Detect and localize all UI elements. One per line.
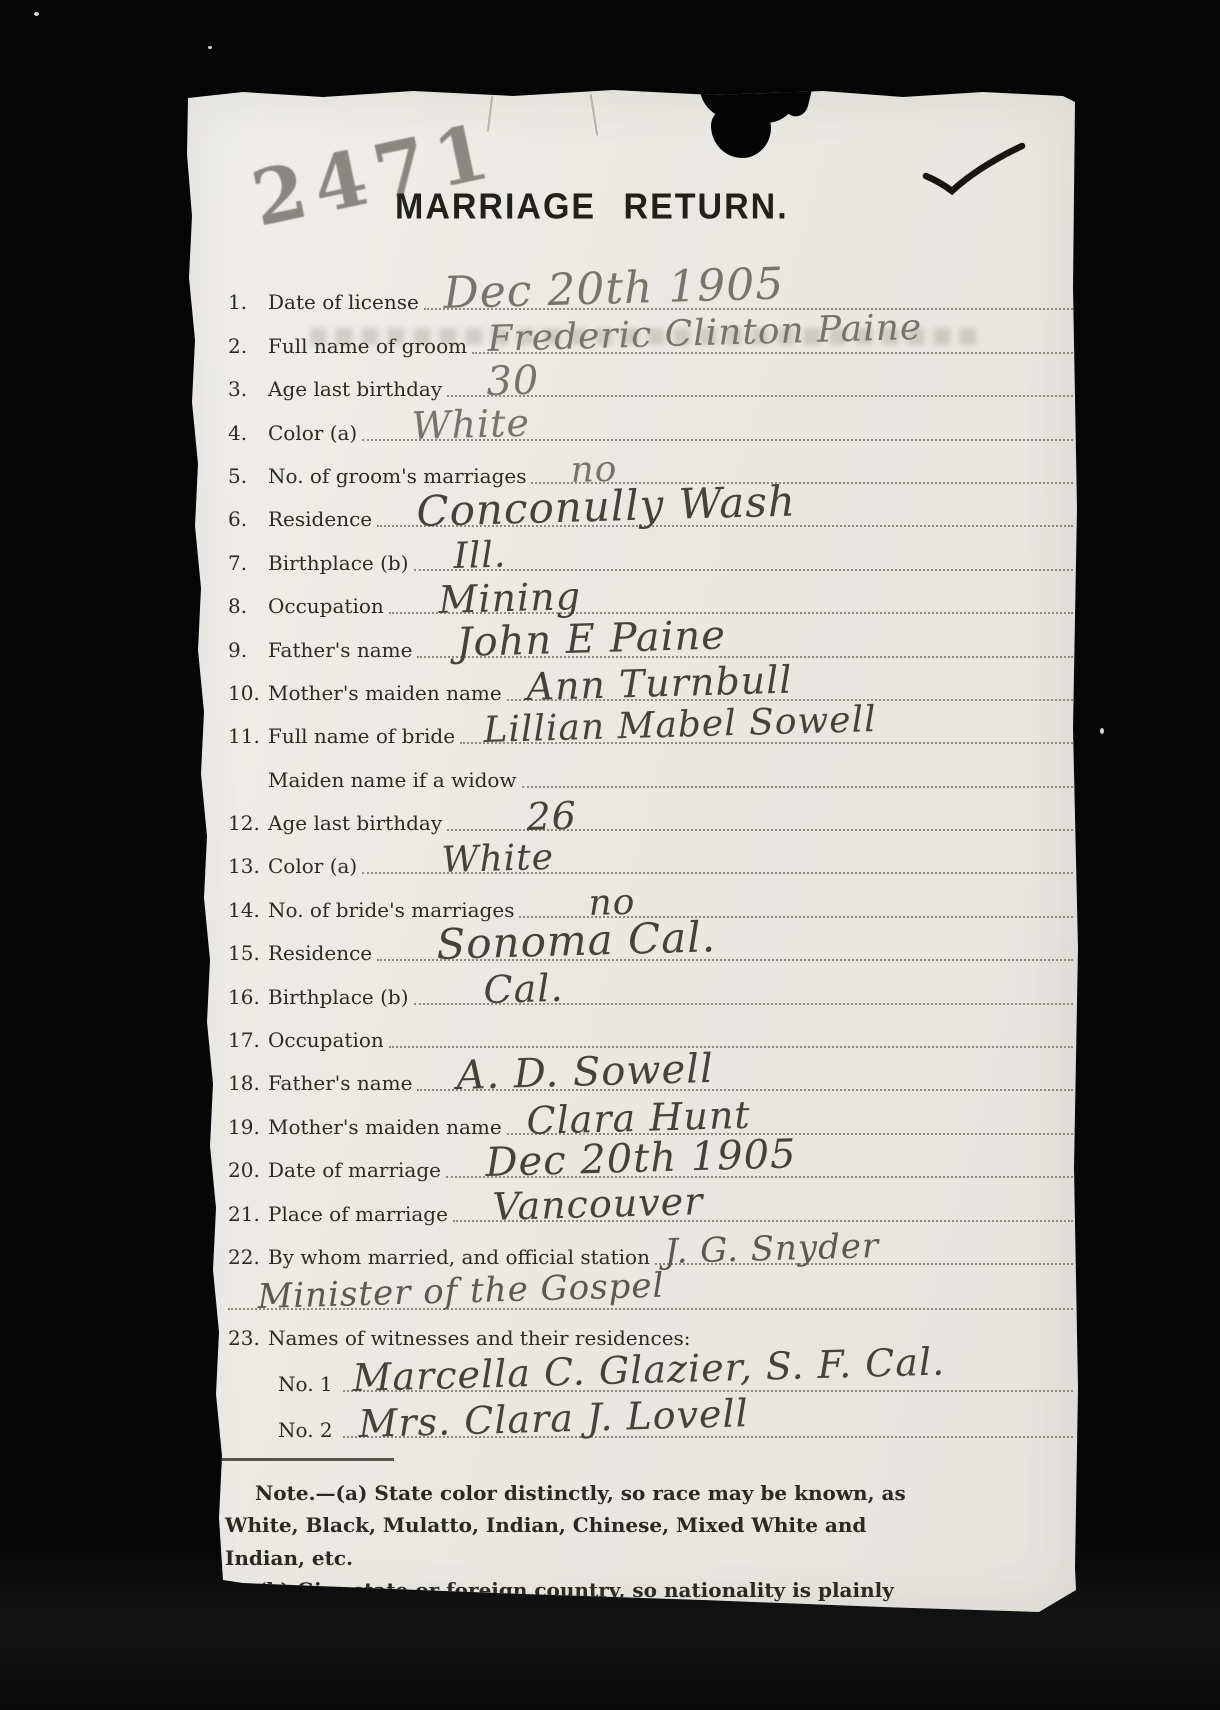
fill-line: 26 bbox=[447, 829, 1073, 831]
fill-line: White bbox=[362, 872, 1073, 874]
fill-line: John E Paine bbox=[417, 656, 1073, 658]
field-number: 21. bbox=[228, 1202, 268, 1228]
handwritten-value: Sonoma Cal. bbox=[436, 919, 717, 965]
handwritten-value: Vancouver bbox=[492, 1185, 704, 1225]
witness-number: No. 2 bbox=[278, 1418, 343, 1444]
form-field-row: 11. Full name of bride Lillian Mabel Sow… bbox=[228, 707, 1073, 750]
form-field-row: 21. Place of marriage Vancouver bbox=[228, 1184, 1073, 1227]
field-label: Maiden name if a widow bbox=[268, 768, 522, 794]
field-number: 9. bbox=[228, 638, 268, 664]
handwritten-value: Conconully Wash bbox=[416, 482, 796, 530]
scanned-document-background: 2471 MARRIAGE RETURN. 1. Date of license… bbox=[0, 0, 1220, 1710]
dust-speck bbox=[34, 12, 39, 16]
field-label: Date of marriage bbox=[268, 1158, 446, 1184]
field-label: Father's name bbox=[268, 1071, 417, 1097]
field-number: 2. bbox=[228, 334, 268, 360]
field-label: Occupation bbox=[268, 1028, 389, 1054]
field-number: 10. bbox=[228, 681, 268, 707]
form-field-row: 1. Date of license Dec 20th 1905 bbox=[228, 273, 1073, 316]
fill-line: Frederic Clinton Paine bbox=[472, 352, 1073, 354]
form-field-row: 19. Mother's maiden name Clara Hunt bbox=[228, 1097, 1073, 1140]
field-number: 18. bbox=[228, 1071, 268, 1097]
handwritten-value: Minister of the Gospel bbox=[257, 1271, 665, 1313]
field-number: 23. bbox=[228, 1326, 268, 1352]
handwritten-value: Lillian Mabel Sowell bbox=[483, 704, 877, 747]
form-field-row: 10. Mother's maiden name Ann Turnbull bbox=[228, 664, 1073, 707]
fill-line: Cal. bbox=[414, 1003, 1074, 1005]
footnote-line-a: Note.—(a) State color distinctly, so rac… bbox=[225, 1477, 937, 1574]
field-number: 19. bbox=[228, 1115, 268, 1141]
field-label: Date of license bbox=[268, 290, 424, 316]
field-label: Birthplace (b) bbox=[268, 551, 414, 577]
field-number: 22. bbox=[228, 1245, 268, 1271]
form-field-row: 7. Birthplace (b) Ill. bbox=[228, 533, 1073, 576]
handwritten-value: 30 bbox=[486, 363, 540, 400]
witness-row: No. 1 Marcella C. Glazier, S. F. Cal. bbox=[228, 1352, 1073, 1398]
form-field-row: 20. Date of marriage Dec 20th 1905 bbox=[228, 1141, 1073, 1184]
field-label: Color (a) bbox=[268, 854, 362, 880]
handwritten-value: Cal. bbox=[483, 971, 564, 1007]
form-fields: 1. Date of license Dec 20th 1905 2. Full… bbox=[228, 273, 1073, 1639]
footnote: Note.—(a) State color distinctly, so rac… bbox=[225, 1477, 937, 1639]
form-field-row: 22. By whom married, and official statio… bbox=[228, 1228, 1073, 1271]
divider-rule bbox=[222, 1458, 394, 1461]
torn-hole bbox=[711, 104, 771, 158]
handwritten-value: Mrs. Clara J. Lovell bbox=[358, 1396, 749, 1441]
handwritten-value: Dec 20th 1905 bbox=[485, 1137, 797, 1182]
field-label: Residence bbox=[268, 941, 377, 967]
fill-line bbox=[522, 786, 1073, 788]
form-field-row: 4. Color (a) White bbox=[228, 403, 1073, 446]
field-label: Age last birthday bbox=[268, 377, 447, 403]
handwritten-value: Ill. bbox=[453, 540, 507, 574]
form-field-row: 6. Residence Conconully Wash bbox=[228, 490, 1073, 533]
handwritten-value: White bbox=[441, 842, 554, 878]
fill-line: Ill. bbox=[414, 569, 1074, 571]
page-title: MARRIAGE RETURN. bbox=[395, 187, 789, 228]
field-label: Age last birthday bbox=[268, 811, 447, 837]
field-number: 8. bbox=[228, 594, 268, 620]
fill-line: J. G. Snyder bbox=[655, 1263, 1073, 1265]
fill-line: Dec 20th 1905 bbox=[446, 1176, 1073, 1178]
fill-line: Vancouver bbox=[453, 1220, 1073, 1222]
fill-line: 30 bbox=[447, 395, 1073, 397]
field-label: Residence bbox=[268, 507, 377, 533]
field-number: 7. bbox=[228, 551, 268, 577]
witness-number: No. 1 bbox=[278, 1372, 343, 1398]
form-field-continuation-row: Minister of the Gospel bbox=[228, 1271, 1073, 1316]
form-field-row: 15. Residence Sonoma Cal. bbox=[228, 924, 1073, 967]
paper-crease bbox=[590, 94, 599, 136]
dust-speck bbox=[1100, 728, 1104, 734]
field-number: 17. bbox=[228, 1028, 268, 1054]
handwritten-value: John E Paine bbox=[456, 617, 726, 661]
field-label: Occupation bbox=[268, 594, 389, 620]
form-field-row: 9. Father's name John E Paine bbox=[228, 620, 1073, 663]
field-label: Birthplace (b) bbox=[268, 985, 414, 1011]
perforation-dashes bbox=[214, 1403, 217, 1688]
field-number: 1. bbox=[228, 290, 268, 316]
handwritten-value: Ann Turnbull bbox=[526, 662, 793, 704]
field-number: 14. bbox=[228, 898, 268, 924]
form-field-row: Maiden name if a widow bbox=[228, 750, 1073, 793]
form-field-row: 12. Age last birthday 26 bbox=[228, 794, 1073, 837]
document-paper: 2471 MARRIAGE RETURN. 1. Date of license… bbox=[183, 88, 1080, 1616]
field-number: 20. bbox=[228, 1158, 268, 1184]
fill-line: Mining bbox=[389, 612, 1073, 614]
form-field-row: 18. Father's name A. D. Sowell bbox=[228, 1054, 1073, 1097]
field-number: 15. bbox=[228, 941, 268, 967]
handwritten-value: Clara Hunt bbox=[526, 1097, 751, 1137]
fill-line bbox=[389, 1046, 1073, 1048]
form-field-row: 13. Color (a) White bbox=[228, 837, 1073, 880]
field-label: Place of marriage bbox=[268, 1202, 453, 1228]
handwritten-value: White bbox=[411, 406, 530, 443]
field-number bbox=[228, 792, 268, 794]
fill-line: Mrs. Clara J. Lovell bbox=[343, 1436, 1073, 1438]
field-number: 5. bbox=[228, 464, 268, 490]
form-field-row: 3. Age last birthday 30 bbox=[228, 360, 1073, 403]
field-label: Full name of bride bbox=[268, 724, 460, 750]
field-label: Full name of groom bbox=[268, 334, 472, 360]
fill-line: A. D. Sowell bbox=[417, 1089, 1073, 1091]
field-label: Mother's maiden name bbox=[268, 681, 507, 707]
dust-speck bbox=[208, 46, 212, 49]
handwritten-value: Mining bbox=[438, 579, 581, 617]
checkmark-icon bbox=[920, 138, 1030, 202]
field-number: 4. bbox=[228, 421, 268, 447]
fill-line: Conconully Wash bbox=[377, 525, 1073, 527]
field-label: Color (a) bbox=[268, 421, 362, 447]
field-number: 11. bbox=[228, 724, 268, 750]
field-number: 12. bbox=[228, 811, 268, 837]
fill-line: White bbox=[362, 439, 1073, 441]
handwritten-value: Dec 20th 1905 bbox=[443, 264, 785, 313]
fill-line: Lillian Mabel Sowell bbox=[460, 742, 1073, 744]
handwritten-value: 26 bbox=[526, 798, 577, 834]
field-number: 6. bbox=[228, 507, 268, 533]
form-field-row: 16. Birthplace (b) Cal. bbox=[228, 967, 1073, 1010]
field-label: Mother's maiden name bbox=[268, 1115, 507, 1141]
fill-line: Minister of the Gospel bbox=[228, 1308, 1073, 1310]
fill-line: Sonoma Cal. bbox=[377, 959, 1073, 961]
field-number: 16. bbox=[228, 985, 268, 1011]
witnesses-heading: 23. Names of witnesses and their residen… bbox=[228, 1316, 1073, 1352]
handwritten-value: J. G. Snyder bbox=[664, 1231, 879, 1268]
footnote-line-b: (b) Give state or foreign country, so na… bbox=[225, 1574, 937, 1639]
form-field-row: 2. Full name of groom Frederic Clinton P… bbox=[228, 316, 1073, 359]
field-number: 13. bbox=[228, 854, 268, 880]
witness-row: No. 2 Mrs. Clara J. Lovell bbox=[228, 1398, 1073, 1444]
field-label: Father's name bbox=[268, 638, 417, 664]
fill-line: Dec 20th 1905 bbox=[424, 308, 1073, 310]
handwritten-value: A. D. Sowell bbox=[456, 1051, 714, 1094]
handwritten-value: Frederic Clinton Paine bbox=[487, 312, 923, 357]
field-number: 3. bbox=[228, 377, 268, 403]
